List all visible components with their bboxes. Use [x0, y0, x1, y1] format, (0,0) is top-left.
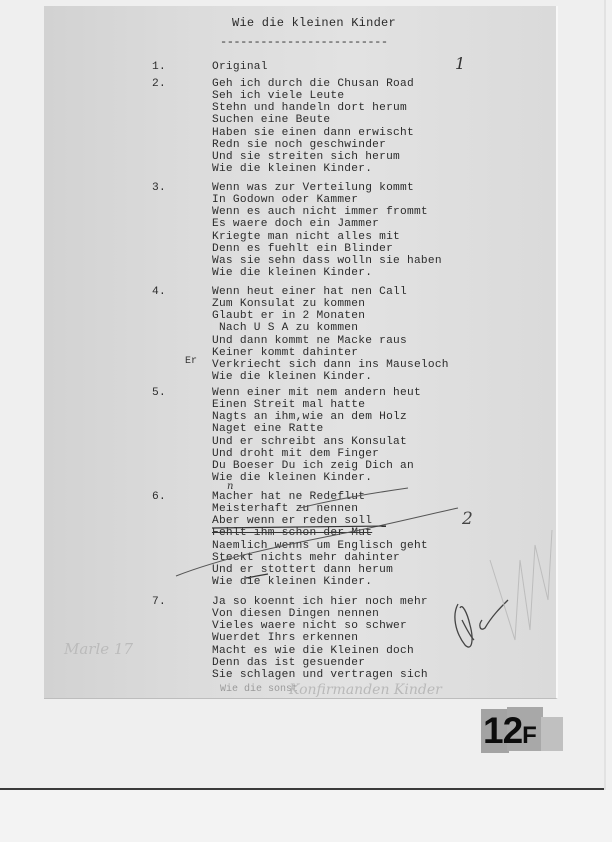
background-surface	[0, 790, 612, 842]
verse-line: Wie die kleinen Kinder.	[212, 472, 421, 484]
verse-line: Geh ich durch die Chusan Road	[212, 78, 414, 90]
faded-handwritten-line: Konfirmanden Kinder	[289, 682, 442, 698]
verse-line: Und droht mit dem Finger	[212, 448, 421, 460]
verse-line: In Godown oder Kammer	[212, 194, 442, 206]
handwritten-page-mark-2: 2	[462, 509, 473, 529]
verse-line: Was sie sehn dass wolln sie haben	[212, 255, 442, 267]
verse-line: Seh ich viele Leute	[212, 90, 414, 102]
verse-line: Und sie streiten sich herum	[212, 151, 414, 163]
verse-line: Naemlich wenns um Englisch geht	[212, 540, 428, 552]
verse-line: Macht es wie die Kleinen doch	[212, 645, 428, 657]
left-margin-note: Marle 17	[64, 640, 133, 658]
label-suffix: F	[522, 722, 537, 749]
title-underline: -------------------------	[220, 36, 388, 48]
verse-line: Wenn einer mit nem andern heut	[212, 387, 421, 399]
verse-line: Nagts an ihm,wie an dem Holz	[212, 411, 421, 423]
verse-line: Original	[212, 61, 268, 73]
archive-label-12f: 12F	[481, 709, 563, 753]
verse-line: Kriegte man nicht alles mit	[212, 231, 442, 243]
verse-line: Stehn und handeln dort herum	[212, 102, 414, 114]
verse-line: Haben sie einen dann erwischt	[212, 127, 414, 139]
verse-line: Denn es fuehlt ein Blinder	[212, 243, 442, 255]
verse-number: 7.	[152, 596, 166, 608]
verse-line: Wenn es auch nicht immer frommt	[212, 206, 442, 218]
verse-line: Ja so koennt ich hier noch mehr	[212, 596, 428, 608]
document-title: Wie die kleinen Kinder	[232, 17, 396, 29]
handwritten-page-mark-1: 1	[455, 54, 465, 73]
verse-line: Verkriecht sich dann ins Mauseloch	[212, 359, 449, 371]
verse-line: Wenn heut einer hat nen Call	[212, 286, 449, 298]
verse-line: Einen Streit mal hatte	[212, 399, 421, 411]
verse-line: Von diesen Dingen nennen	[212, 608, 428, 620]
verse-line: Wie die kleinen Kinder.	[212, 371, 449, 383]
verse-line: Wenn was zur Verteilung kommt	[212, 182, 442, 194]
verse-lines: Wenn heut einer hat nen CallZum Konsulat…	[212, 286, 449, 383]
verse-line: Wie die kleinen Kinder.	[212, 163, 414, 175]
verse-number: 2.	[152, 78, 166, 90]
verse-number: 1.	[152, 61, 166, 73]
verse-line: Denn das ist gesuender	[212, 657, 428, 669]
verse-line: Redn sie noch geschwinder	[212, 139, 414, 151]
verse-lines: Ja so koennt ich hier noch mehrVon diese…	[212, 596, 428, 681]
verse-line: Suchen eine Beute	[212, 114, 414, 126]
verse-line: Wuerdet Ihrs erkennen	[212, 632, 428, 644]
faded-typed-line: Wie die sonst	[220, 684, 298, 695]
verse-lines: Geh ich durch die Chusan RoadSeh ich vie…	[212, 78, 414, 175]
verse-lines: Wenn einer mit nem andern heutEinen Stre…	[212, 387, 421, 484]
verse6-insert-mark: n	[227, 481, 233, 492]
verse-line: Und er stottert dann herum	[212, 564, 428, 576]
verse-line: Zum Konsulat zu kommen	[212, 298, 449, 310]
verse-line: Du Boeser Du ich zeig Dich an	[212, 460, 421, 472]
verse-line: Sie schlagen und vertragen sich	[212, 669, 428, 681]
verse-line: Naget eine Ratte	[212, 423, 421, 435]
verse4-margin-correction: Er	[185, 356, 197, 367]
verse-number: 5.	[152, 387, 166, 399]
verse-line: Fehlt ihm schon der Mut	[212, 527, 428, 539]
verse-line: Aber wenn er reden soll	[212, 515, 428, 527]
verse-line: Vieles waere nicht so schwer	[212, 620, 428, 632]
verse-number: 3.	[152, 182, 166, 194]
verse-line: Wie die kleinen Kinder.	[212, 267, 442, 279]
verse-lines: Wenn was zur Verteilung kommtIn Godown o…	[212, 182, 442, 279]
verse-line: Glaubt er in 2 Monaten	[212, 310, 449, 322]
verse-lines: Original	[212, 61, 268, 73]
verse-line: Wie die kleinen Kinder.	[212, 576, 428, 588]
verse-line: Meisterhaft zu nennen	[212, 503, 428, 515]
verse-line: Steckt nichts mehr dahinter	[212, 552, 428, 564]
verse-lines: Macher hat ne RedeflutMeisterhaft zu nen…	[212, 491, 428, 588]
verse-line: Und dann kommt ne Macke raus	[212, 335, 449, 347]
label-number: 12	[483, 710, 522, 751]
verse-number: 6.	[152, 491, 166, 503]
typewritten-sheet: Wie die kleinen Kinder -----------------…	[44, 6, 558, 699]
verse-line: Nach U S A zu kommen	[212, 322, 449, 334]
verse-number: 4.	[152, 286, 166, 298]
verse-line: Macher hat ne Redeflut	[212, 491, 428, 503]
verse-line: Und er schreibt ans Konsulat	[212, 436, 421, 448]
verse-line: Keiner kommt dahinter	[212, 347, 449, 359]
verse-line: Es waere doch ein Jammer	[212, 218, 442, 230]
